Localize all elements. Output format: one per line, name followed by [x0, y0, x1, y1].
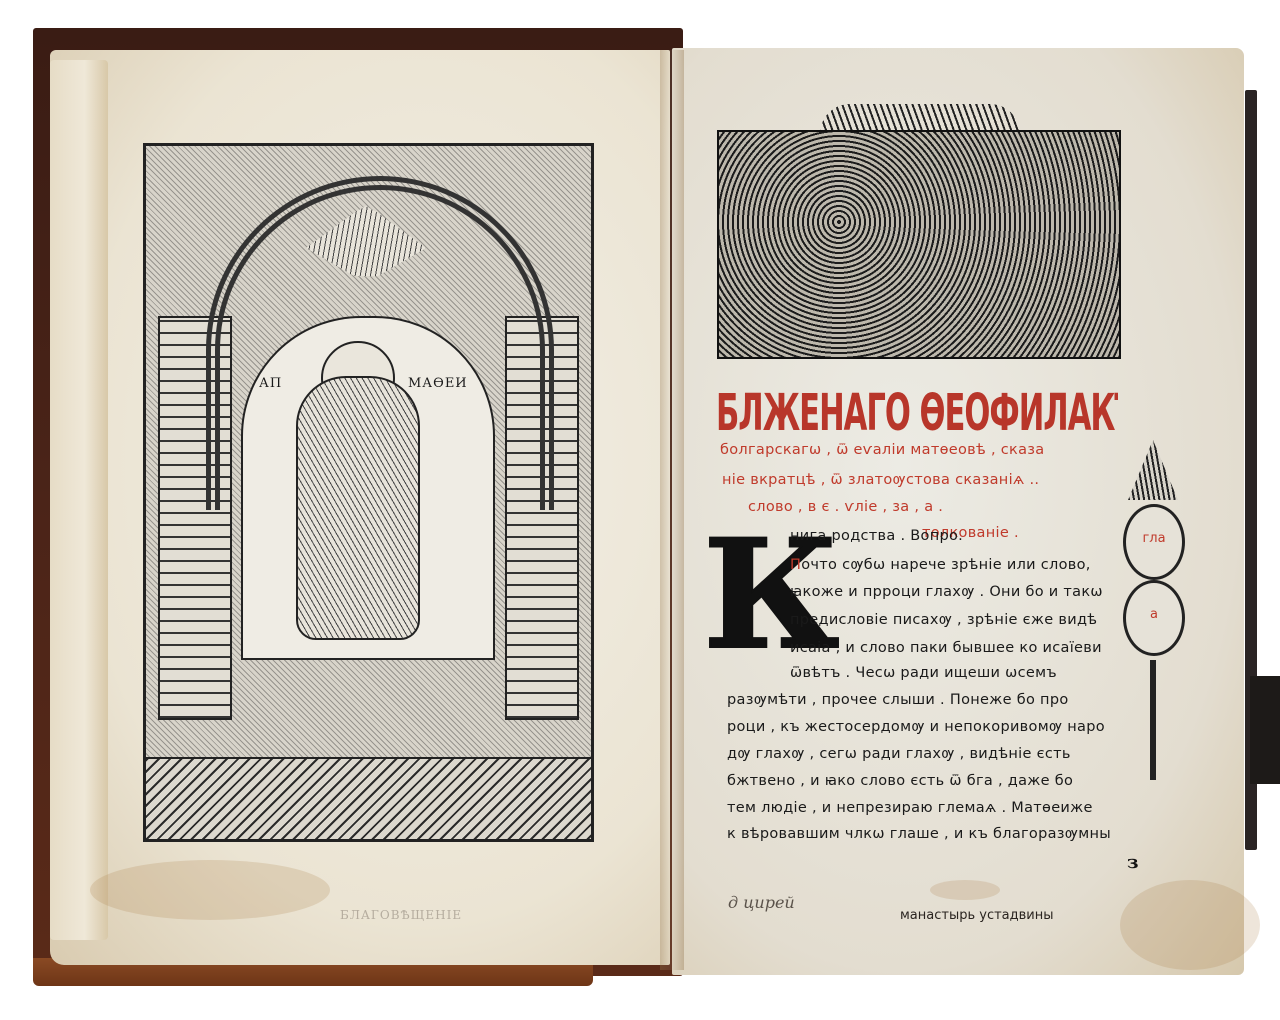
seated-evangelist	[296, 376, 420, 640]
saint-label-right: МАѲЕИ	[408, 376, 468, 391]
margin-ornament: гла а	[1118, 440, 1188, 800]
text-line: к вѣровавшим члкѡ глаше , и къ благоразѹ…	[727, 826, 1111, 842]
text-line: тем людіе , и непрезираю глемаѧ . Матѳеи…	[727, 800, 1093, 816]
text-line: роци , къ жестосердомѹ и непокоривомѹ на…	[727, 719, 1105, 735]
woodcut-base	[146, 757, 591, 839]
text-line: болгарскагѡ , ѿ еѵаліи матѳеовѣ , сказа	[720, 442, 1044, 458]
text-line: Почто сѹбѡ нарече зрѣніе или слово,	[790, 557, 1091, 573]
evangelist-woodcut: АП МАѲЕИ	[143, 143, 594, 842]
ornament-stem	[1150, 660, 1156, 780]
text-line: предисловіе писахѹ , зрѣніе єже видѣ	[790, 612, 1097, 628]
text-line: ніе вкратцѣ , ѿ златоѹстова сказаніѧ ..	[722, 472, 1039, 488]
drop-cap: К	[703, 525, 803, 665]
book-clasp	[1250, 676, 1280, 784]
handwritten-note-left: д цирей	[728, 893, 795, 912]
text-line: исаіа , и слово паки бывшее ко исаїеви	[790, 640, 1102, 656]
ornament-bottom-oval: а	[1123, 580, 1185, 656]
red-initial: П	[790, 557, 801, 573]
text-line-rest: очто сѹбѡ нарече зрѣніе или слово,	[801, 557, 1091, 573]
floral-headpiece	[717, 130, 1121, 359]
text-line: бжтвено , и ꙗко слово єсть ѿ бга , даже …	[727, 773, 1073, 789]
handwritten-note-right: манастырь устадвины	[900, 908, 1054, 923]
book-gutter	[660, 50, 684, 970]
paper-stain	[1120, 880, 1260, 970]
paper-stain	[90, 860, 330, 920]
text-line: разѹмѣти , прочее слыши . Понеже бо про	[727, 692, 1069, 708]
left-page-folded-edge	[50, 60, 108, 940]
text-line: ꙗкоже и прроци глахѹ . Они бо и такѡ	[790, 584, 1103, 600]
bleed-through-text: БЛАГОВѢЩЕНІЕ	[340, 908, 462, 922]
paper-stain	[930, 880, 1000, 900]
text-line: нига родства . Вопро.	[790, 528, 963, 544]
page-number: з	[1127, 852, 1139, 873]
text-line: дѹ глахѹ , сегѡ ради глахѹ , видѣніе єст…	[727, 746, 1071, 762]
saint-label-left: АП	[259, 376, 282, 391]
text-line: ѿвѣтъ . Чесѡ ради ищеши ѡсемъ	[790, 665, 1057, 681]
ornament-top-oval: гла	[1123, 504, 1185, 580]
ornament-crown	[1128, 440, 1178, 500]
